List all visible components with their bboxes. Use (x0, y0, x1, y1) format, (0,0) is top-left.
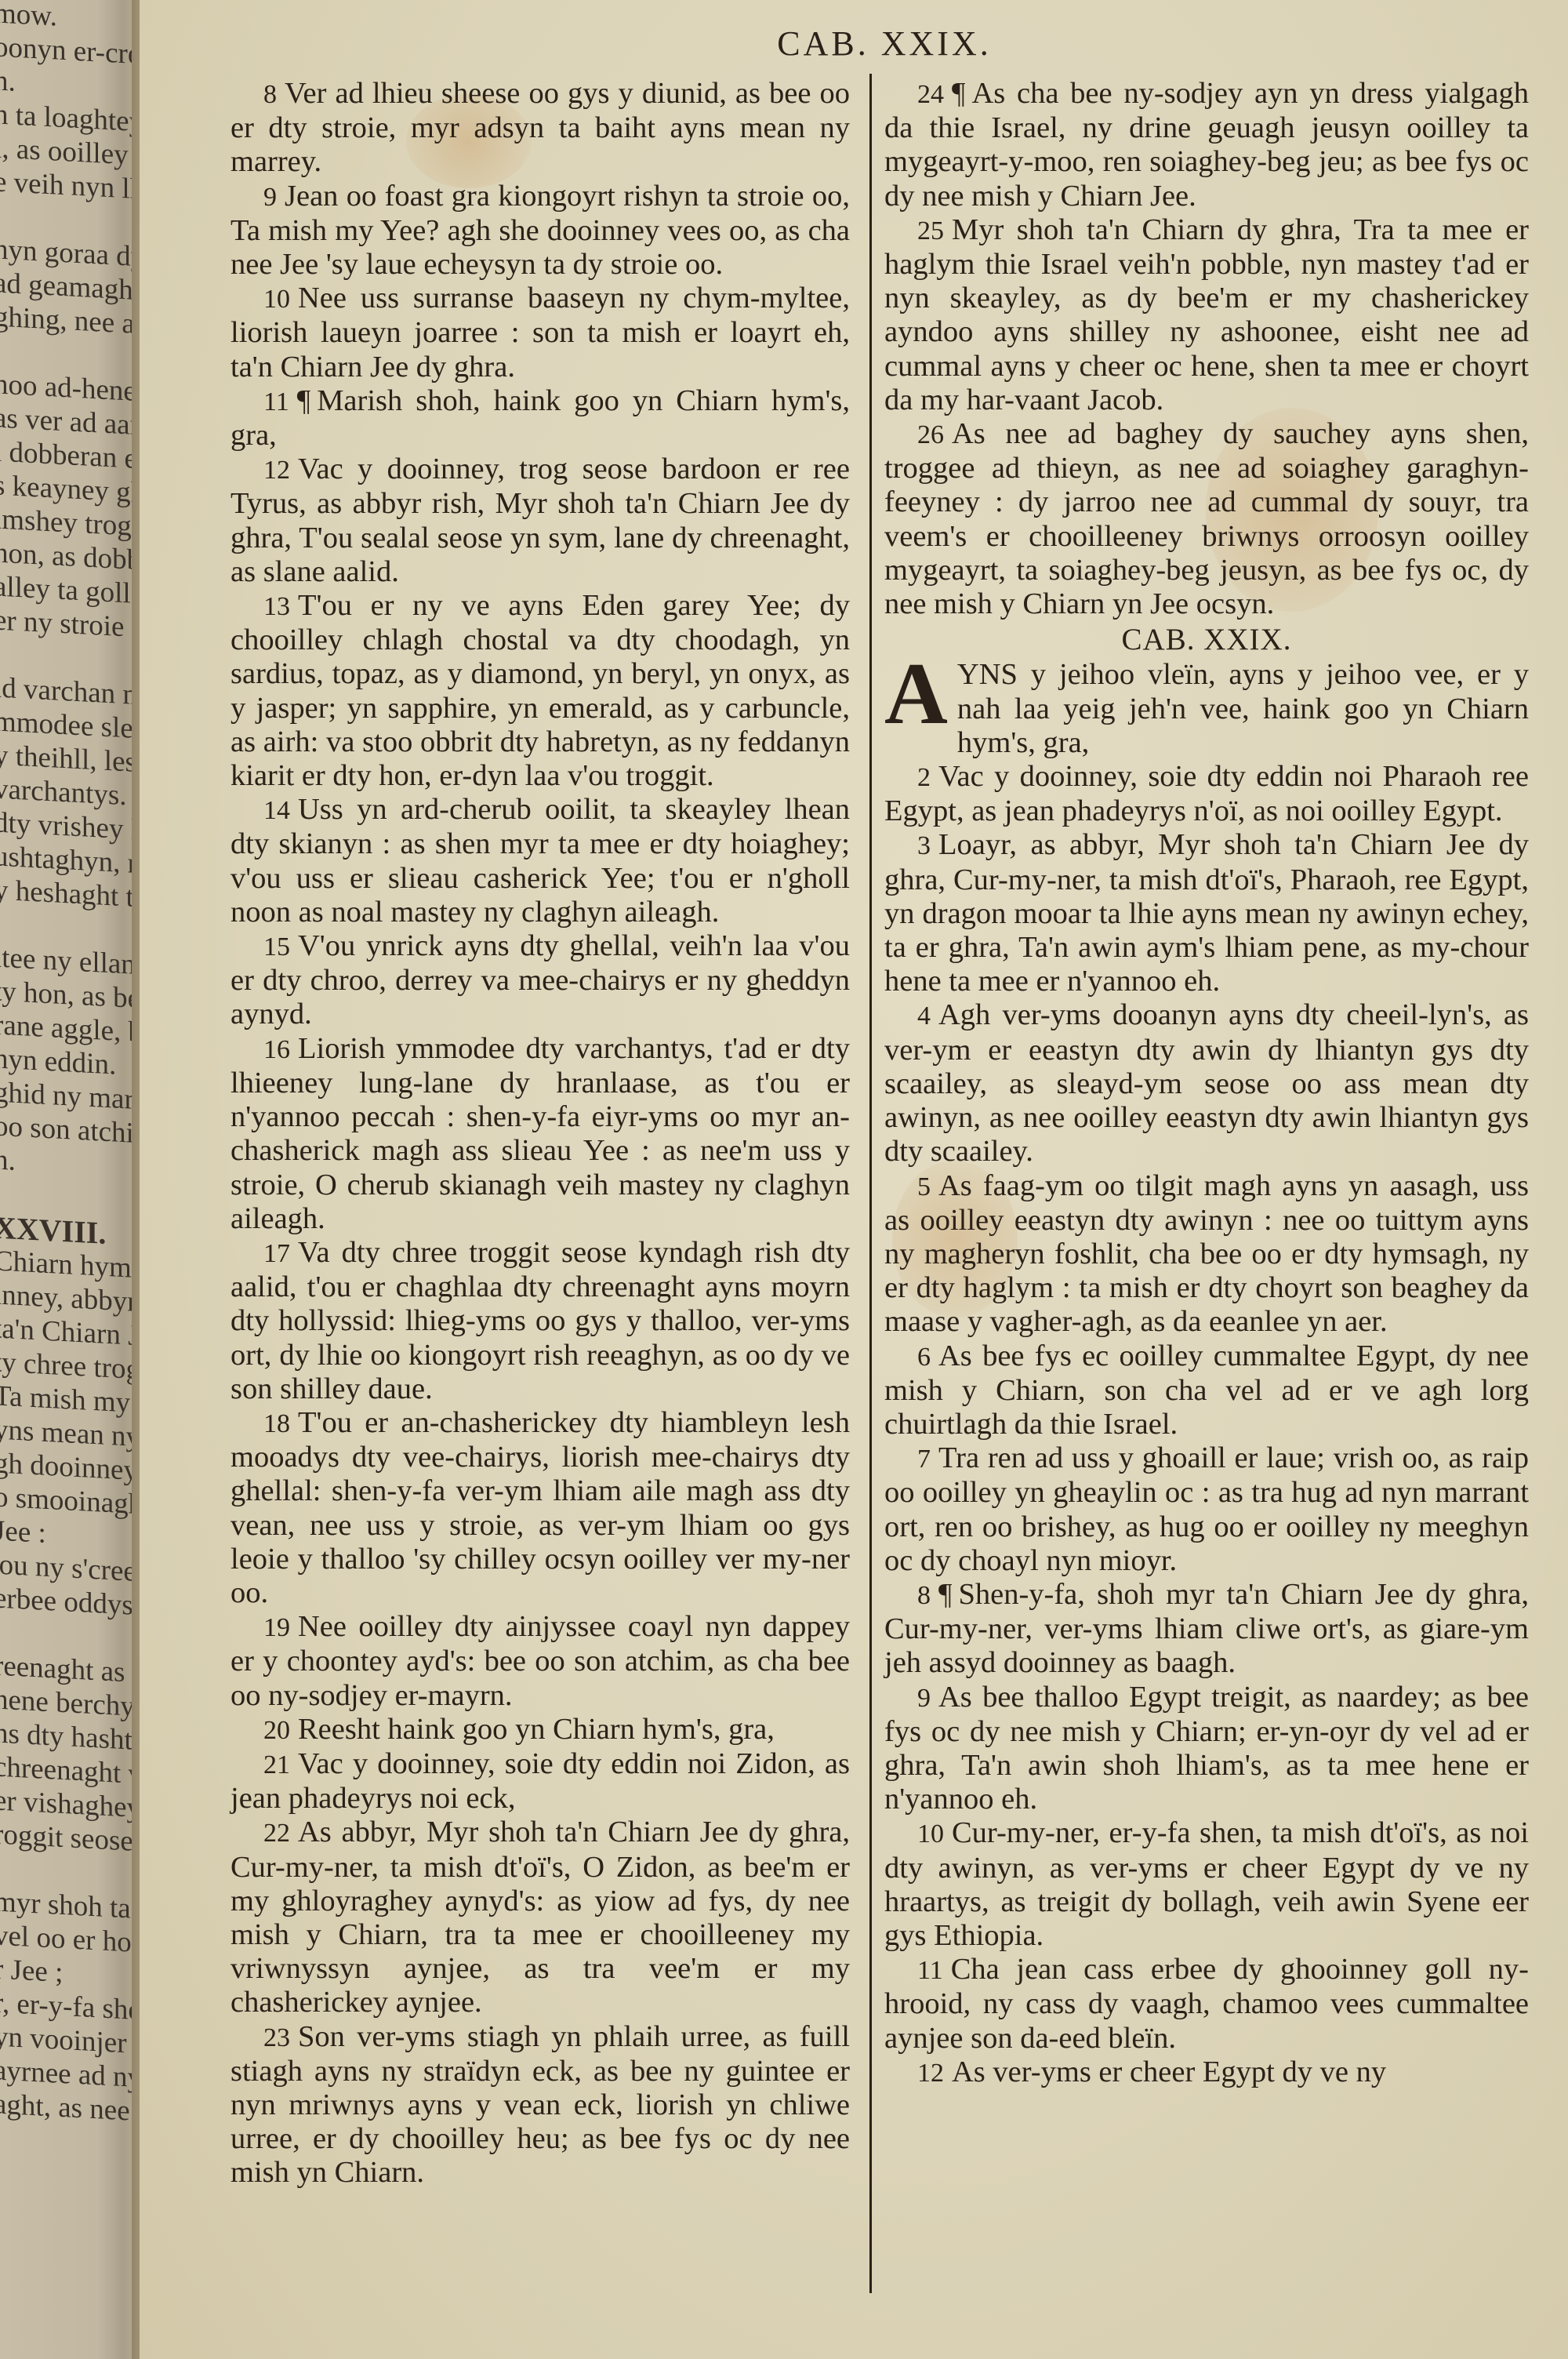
verse-10: 10Cur-my-ner, er-y-fa shen, ta mish dt'o… (884, 1816, 1529, 1953)
verse-1: AYNS y jeihoo vleïn, ayns y jeihoo vee, … (884, 658, 1529, 760)
verse-text: Agh ver-yms dooanyn ayns dty cheeil-lyn'… (884, 998, 1529, 1168)
facing-page-text: mow.oonyn er-creau ecn.n ta loaghtey yn … (0, 0, 132, 2128)
verse-number: 13 (263, 592, 290, 621)
facing-page-line: y heshaght tuittym (0, 873, 132, 914)
verse-number: 11 (263, 387, 289, 416)
verse-13: 13T'ou er ny ve ayns Eden garey Yee; dy … (230, 589, 850, 793)
verse-9: 9Jean oo foast gra kiongoyrt rishyn ta s… (230, 180, 850, 282)
verse-number: 26 (917, 420, 944, 449)
verse-number: 8 (917, 1581, 931, 1610)
verse-text: As bee thalloo Egypt treigit, as naardey… (884, 1681, 1529, 1816)
verse-number: 18 (263, 1409, 290, 1438)
verse-text: Jean oo foast gra kiongoyrt rishyn ta st… (230, 180, 850, 281)
verse-number: 20 (263, 1716, 290, 1745)
verse-11: 11Cha jean cass erbee dy ghooinney goll … (884, 1953, 1529, 2055)
verse-text: T'ou er ny ve ayns Eden garey Yee; dy ch… (230, 589, 850, 792)
verse-12: 12Vac y dooinney, trog seose bardoon er … (230, 453, 850, 589)
book-page: CAB. XXIX. 8Ver ad lhieu sheese oo gys y… (140, 0, 1568, 2359)
verse-number: 12 (263, 456, 290, 485)
right-column: 24¶As cha bee ny-sodjey ayn yn dress yia… (884, 77, 1529, 2090)
verse-17: 17Va dty chree troggit seose kyndagh ris… (230, 1236, 850, 1406)
verse-text: Shen-y-fa, shoh myr ta'n Chiarn Jee dy g… (884, 1578, 1529, 1679)
facing-page-line: e veih nyn lhongyn, (0, 165, 132, 205)
drop-cap: A (884, 661, 948, 727)
facing-page-line: oo son atchim, as bee (0, 1109, 132, 1150)
verse-9: 9As bee thalloo Egypt treigit, as naarde… (884, 1681, 1529, 1817)
verse-text: Vac y dooinney, soie dty eddin noi Zidon… (230, 1747, 850, 1815)
left-column: 8Ver ad lhieu sheese oo gys y diunid, as… (230, 77, 850, 2190)
facing-page-edge: mow.oonyn er-creau ecn.n ta loaghtey yn … (0, 0, 140, 2359)
verse-text: Va dty chree troggit seose kyndagh rish … (230, 1236, 850, 1405)
verse-5: 5As faag-ym oo tilgit magh ayns yn aasag… (884, 1169, 1529, 1339)
verse-text: Vac y dooinney, trog seose bardoon er re… (230, 453, 850, 588)
verse-22: 22As abbyr, Myr shoh ta'n Chiarn Jee dy … (230, 1816, 850, 2019)
verse-20: 20Reesht haink goo yn Chiarn hym's, gra, (230, 1713, 850, 1747)
verse-text: Nee uss surranse baaseyn ny chym-myltee,… (230, 282, 850, 383)
verse-number: 17 (263, 1239, 290, 1268)
verse-text: Vac y dooinney, soie dty eddin noi Phara… (884, 760, 1529, 827)
pilcrow-icon: ¶ (938, 1578, 952, 1611)
verse-number: 4 (917, 1001, 931, 1030)
verse-number: 5 (917, 1172, 931, 1201)
verse-text: As ver-yms er cheer Egypt dy ve ny (952, 2055, 1386, 2088)
verse-number: 9 (917, 1684, 931, 1713)
running-head: CAB. XXIX. (759, 24, 1010, 64)
verse-text: Liorish ymmodee dty varchantys, t'ad er … (230, 1032, 850, 1235)
verse-number: 16 (263, 1035, 290, 1064)
verse-text: Ver ad lhieu sheese oo gys y diunid, as … (230, 77, 850, 178)
verse-8: 8Ver ad lhieu sheese oo gys y diunid, as… (230, 77, 850, 180)
verse-number: 19 (263, 1613, 290, 1642)
verse-10: 10Nee uss surranse baaseyn ny chym-mylte… (230, 282, 850, 384)
verse-text: Cur-my-ner, er-y-fa shen, ta mish dt'oï'… (884, 1816, 1529, 1952)
verse-number: 11 (917, 1956, 943, 1985)
verse-14: 14Uss yn ard-cherub ooilit, ta skeayley … (230, 793, 850, 929)
verse-number: 9 (263, 183, 277, 212)
verse-text: As nee ad baghey dy sauchey ayns shen, t… (884, 417, 1529, 620)
verse-number: 7 (917, 1445, 931, 1474)
chapter-heading: CAB. XXIX. (884, 623, 1529, 656)
verse-text: As bee fys ec ooilley cummaltee Egypt, d… (884, 1339, 1529, 1441)
verse-text: YNS y jeihoo vleïn, ayns y jeihoo vee, e… (957, 658, 1529, 758)
verse-number: 3 (917, 831, 931, 860)
verse-3: 3Loayr, as abbyr, Myr shoh ta'n Chiarn J… (884, 828, 1529, 998)
verse-11: 11¶Marish shoh, haink goo yn Chiarn hym'… (230, 384, 850, 453)
verse-26: 26As nee ad baghey dy sauchey ayns shen,… (884, 417, 1529, 621)
verse-21: 21Vac y dooinney, soie dty eddin noi Zid… (230, 1747, 850, 1816)
verse-text: As faag-ym oo tilgit magh ayns yn aasagh… (884, 1169, 1529, 1339)
facing-page-line: erbee oddys ad y ch (0, 1581, 132, 1622)
pilcrow-icon: ¶ (952, 77, 965, 110)
verse-number: 10 (917, 1819, 944, 1848)
verse-25: 25Myr shoh ta'n Chiarn dy ghra, Tra ta m… (884, 213, 1529, 417)
verse-number: 2 (917, 763, 931, 792)
verse-text: Marish shoh, haink goo yn Chiarn hym's, … (230, 384, 850, 452)
verse-number: 12 (917, 2059, 944, 2088)
verse-19: 19Nee ooilley dty ainjyssee coayl nyn da… (230, 1610, 850, 1713)
verse-23: 23Son ver-yms stiagh yn phlaih urree, as… (230, 2020, 850, 2190)
facing-page-line: oonyn er-creau ec (0, 30, 132, 71)
verse-number: 23 (263, 2023, 290, 2052)
verse-text: Uss yn ard-cherub ooilit, ta skeayley lh… (230, 793, 850, 929)
verse-24: 24¶As cha bee ny-sodjey ayn yn dress yia… (884, 77, 1529, 213)
verse-8: 8¶Shen-y-fa, shoh myr ta'n Chiarn Jee dy… (884, 1578, 1529, 1681)
verse-text: T'ou er an-chasherickey dty hiambleyn le… (230, 1406, 850, 1609)
verse-text: V'ou ynrick ayns dty ghellal, veih'n laa… (230, 929, 850, 1030)
verse-2: 2Vac y dooinney, soie dty eddin noi Phar… (884, 760, 1529, 828)
verse-number: 25 (917, 216, 944, 245)
verse-text: Tra ren ad uss y ghoaill er laue; vrish … (884, 1441, 1529, 1577)
column-divider-rule (869, 74, 872, 2293)
verse-text: As abbyr, Myr shoh ta'n Chiarn Jee dy gh… (230, 1816, 850, 2019)
verse-number: 8 (263, 80, 277, 109)
pilcrow-icon: ¶ (297, 384, 310, 417)
verse-number: 6 (917, 1343, 931, 1372)
facing-page-line: aght, as nee ad doogh (0, 2087, 132, 2128)
verse-6: 6As bee fys ec ooilley cummaltee Egypt, … (884, 1339, 1529, 1442)
verse-number: 22 (263, 1819, 290, 1848)
verse-text: As cha bee ny-sodjey ayn yn dress yialga… (884, 77, 1529, 213)
facing-page-line: ghing, nee ad gymm (0, 300, 132, 340)
verse-4: 4Agh ver-yms dooanyn ayns dty cheeil-lyn… (884, 998, 1529, 1169)
verse-text: Loayr, as abbyr, Myr shoh ta'n Chiarn Je… (884, 828, 1529, 998)
facing-page-line: er ny stroie ayns mean (0, 603, 132, 644)
verse-number: 14 (263, 796, 290, 825)
verse-text: Nee ooilley dty ainjyssee coayl nyn dapp… (230, 1610, 850, 1711)
verse-number: 10 (263, 285, 290, 314)
facing-page-line: roggit seose er-coontey (0, 1817, 132, 1858)
verse-16: 16Liorish ymmodee dty varchantys, t'ad e… (230, 1032, 850, 1236)
verse-15: 15V'ou ynrick ayns dty ghellal, veih'n l… (230, 929, 850, 1032)
verse-text: Cha jean cass erbee dy ghooinney goll ny… (884, 1953, 1529, 2054)
verse-7: 7Tra ren ad uss y ghoaill er laue; vrish… (884, 1441, 1529, 1578)
verse-text: Myr shoh ta'n Chiarn dy ghra, Tra ta mee… (884, 213, 1529, 416)
verse-text: Reesht haink goo yn Chiarn hym's, gra, (298, 1713, 775, 1746)
verse-12: 12As ver-yms er cheer Egypt dy ve ny (884, 2055, 1529, 2090)
verse-number: 24 (917, 80, 944, 109)
verse-text: Son ver-yms stiagh yn phlaih urree, as f… (230, 2020, 850, 2190)
verse-number: 15 (263, 932, 290, 961)
verse-18: 18T'ou er an-chasherickey dty hiambleyn … (230, 1406, 850, 1610)
verse-number: 21 (263, 1750, 290, 1779)
